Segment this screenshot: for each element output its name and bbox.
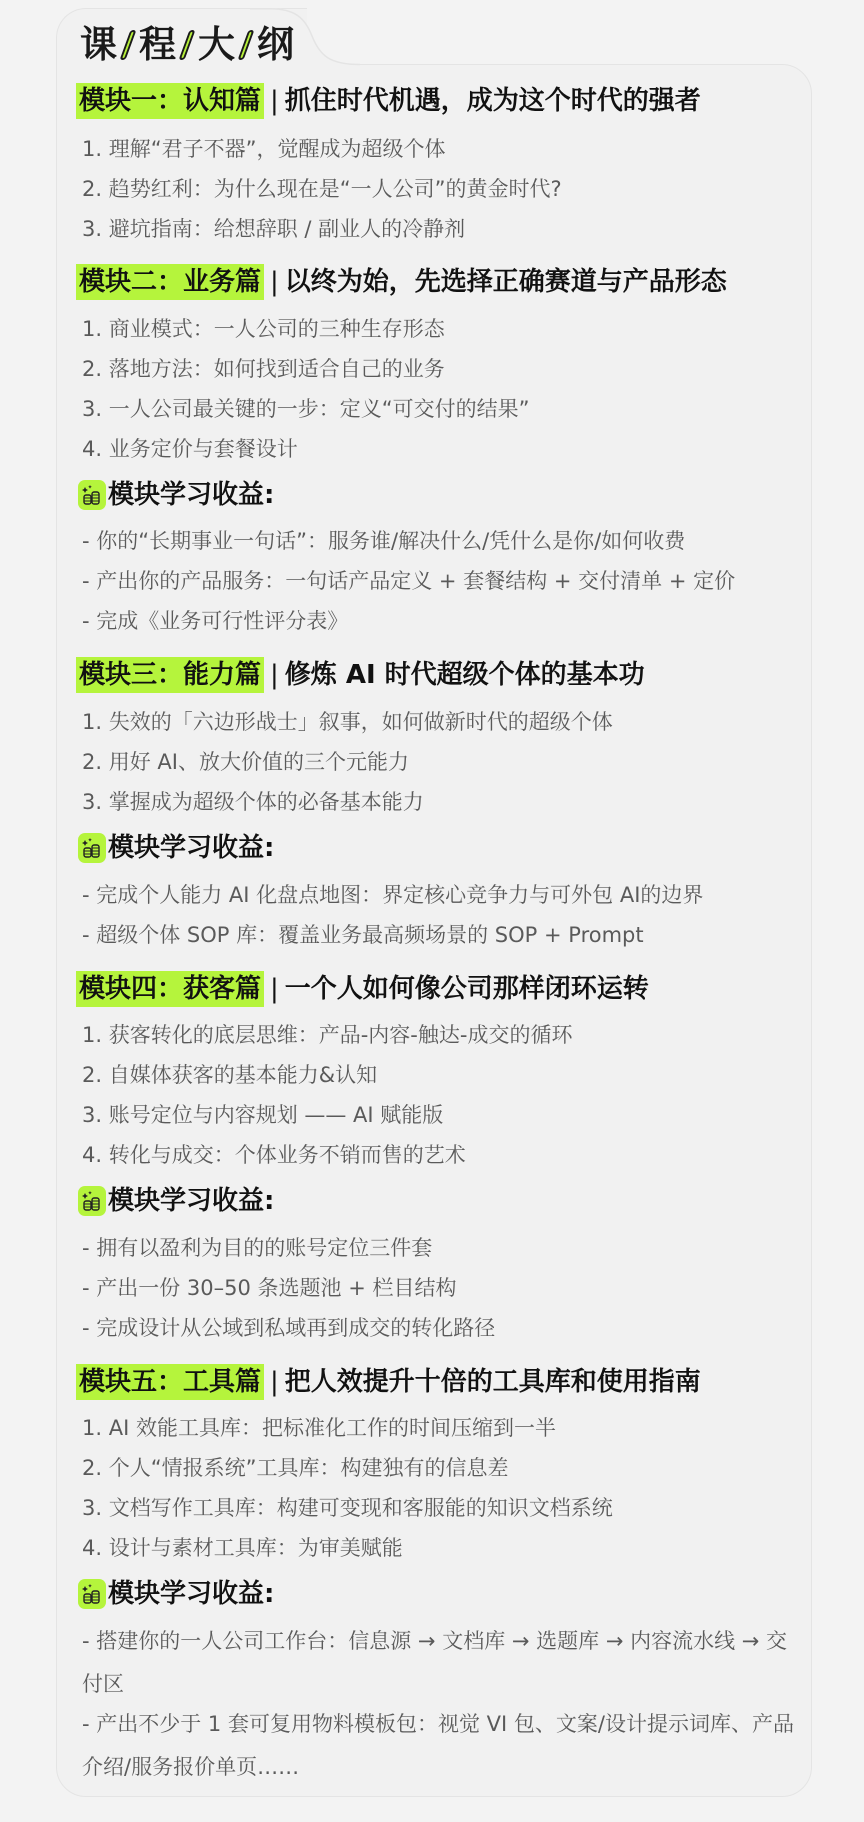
list-item: 2. 用好 AI、放大价值的三个元能力 xyxy=(82,747,409,777)
benefit-item: - 你的“长期事业一句话”：服务谁/解决什么/凭什么是你/如何收费 xyxy=(82,526,685,556)
slash-icon xyxy=(179,30,196,60)
list-item: 1. 理解“君子不器”，觉醒成为超级个体 xyxy=(82,134,445,164)
divider: | xyxy=(270,264,279,300)
module-heading: 模块五：工具篇 | 把人效提升十倍的工具库和使用指南 xyxy=(78,1364,701,1400)
coins-sparkle-icon xyxy=(78,1579,106,1609)
title-char: 课 xyxy=(80,22,117,68)
list-item: 2. 个人“情报系统”工具库：构建独有的信息差 xyxy=(82,1453,508,1483)
benefit-item: - 产出一份 30–50 条选题池 + 栏目结构 xyxy=(82,1273,457,1303)
module-heading: 模块一：认知篇 | 抓住时代机遇，成为这个时代的强者 xyxy=(78,83,701,119)
title-char: 纲 xyxy=(257,22,294,68)
slash-icon xyxy=(238,30,255,60)
benefit-item: - 完成《业务可行性评分表》 xyxy=(82,606,348,636)
module-subtitle: 以终为始，先选择正确赛道与产品形态 xyxy=(285,264,727,300)
list-item: 1. 获客转化的底层思维：产品-内容-触达-成交的循环 xyxy=(82,1020,572,1050)
benefit-item: - 超级个体 SOP 库：覆盖业务最高频场景的 SOP + Prompt xyxy=(82,920,644,950)
module-tag: 模块二：业务篇 xyxy=(76,264,264,300)
benefit-item: - 产出不少于 1 套可复用物料模板包：视觉 VI 包、文案/设计提示词库、产品… xyxy=(82,1703,802,1789)
benefit-item: - 产出你的产品服务：一句话产品定义 + 套餐结构 + 交付清单 + 定价 xyxy=(82,566,735,596)
coins-sparkle-icon xyxy=(78,480,106,510)
list-item: 4. 设计与素材工具库：为审美赋能 xyxy=(82,1533,403,1563)
list-item: 3. 掌握成为超级个体的必备基本能力 xyxy=(82,787,424,817)
benefits-heading-label: 模块学习收益: xyxy=(108,1577,274,1611)
coins-sparkle-icon xyxy=(78,833,106,863)
divider: | xyxy=(270,83,279,119)
module-tag: 模块五：工具篇 xyxy=(76,1364,264,1400)
benefits-heading: 模块学习收益: xyxy=(78,1184,274,1218)
benefits-heading-label: 模块学习收益: xyxy=(108,478,274,512)
divider: | xyxy=(270,1364,279,1400)
page-title: 课 程 大 纲 xyxy=(80,22,294,68)
list-item: 1. 失效的「六边形战士」叙事，如何做新时代的超级个体 xyxy=(82,707,613,737)
list-item: 3. 文档写作工具库：构建可变现和客服能的知识文档系统 xyxy=(82,1493,613,1523)
slash-icon xyxy=(120,30,137,60)
benefits-heading: 模块学习收益: xyxy=(78,1577,274,1611)
list-item: 3. 避坑指南：给想辞职 / 副业人的冷静剂 xyxy=(82,214,465,244)
list-item: 1. 商业模式：一人公司的三种生存形态 xyxy=(82,314,445,344)
module-subtitle: 把人效提升十倍的工具库和使用指南 xyxy=(285,1364,701,1400)
list-item: 1. AI 效能工具库：把标准化工作的时间压缩到一半 xyxy=(82,1413,556,1443)
module-heading: 模块三：能力篇 | 修炼 AI 时代超级个体的基本功 xyxy=(78,657,645,693)
benefit-item: - 搭建你的一人公司工作台：信息源 → 文档库 → 选题库 → 内容流水线 → … xyxy=(82,1620,802,1706)
list-item: 2. 自媒体获客的基本能力&认知 xyxy=(82,1060,377,1090)
list-item: 4. 转化与成交：个体业务不销而售的艺术 xyxy=(82,1140,466,1170)
module-tag: 模块一：认知篇 xyxy=(76,83,264,119)
benefit-item: - 拥有以盈利为目的的账号定位三件套 xyxy=(82,1233,432,1263)
benefit-item: - 完成个人能力 AI 化盘点地图：界定核心竞争力与可外包 AI的边界 xyxy=(82,880,703,910)
module-tag: 模块三：能力篇 xyxy=(76,657,264,693)
module-heading: 模块四：获客篇 | 一个人如何像公司那样闭环运转 xyxy=(78,971,649,1007)
module-heading: 模块二：业务篇 | 以终为始，先选择正确赛道与产品形态 xyxy=(78,264,727,300)
list-item: 3. 账号定位与内容规划 —— AI 赋能版 xyxy=(82,1100,443,1130)
benefits-heading-label: 模块学习收益: xyxy=(108,1184,274,1218)
coins-sparkle-icon xyxy=(78,1186,106,1216)
title-char: 程 xyxy=(139,22,176,68)
divider: | xyxy=(270,971,279,1007)
benefits-heading: 模块学习收益: xyxy=(78,478,274,512)
divider: | xyxy=(270,657,279,693)
list-item: 4. 业务定价与套餐设计 xyxy=(82,434,298,464)
benefit-item: - 完成设计从公域到私域再到成交的转化路径 xyxy=(82,1313,495,1343)
module-tag: 模块四：获客篇 xyxy=(76,971,264,1007)
module-subtitle: 修炼 AI 时代超级个体的基本功 xyxy=(285,657,645,693)
list-item: 2. 趋势红利：为什么现在是“一人公司”的黄金时代? xyxy=(82,174,562,204)
title-char: 大 xyxy=(198,22,235,68)
list-item: 2. 落地方法：如何找到适合自己的业务 xyxy=(82,354,445,384)
benefits-heading-label: 模块学习收益: xyxy=(108,831,274,865)
list-item: 3. 一人公司最关键的一步：定义“可交付的结果” xyxy=(82,394,529,424)
module-subtitle: 一个人如何像公司那样闭环运转 xyxy=(285,971,649,1007)
module-subtitle: 抓住时代机遇，成为这个时代的强者 xyxy=(285,83,701,119)
benefits-heading: 模块学习收益: xyxy=(78,831,274,865)
